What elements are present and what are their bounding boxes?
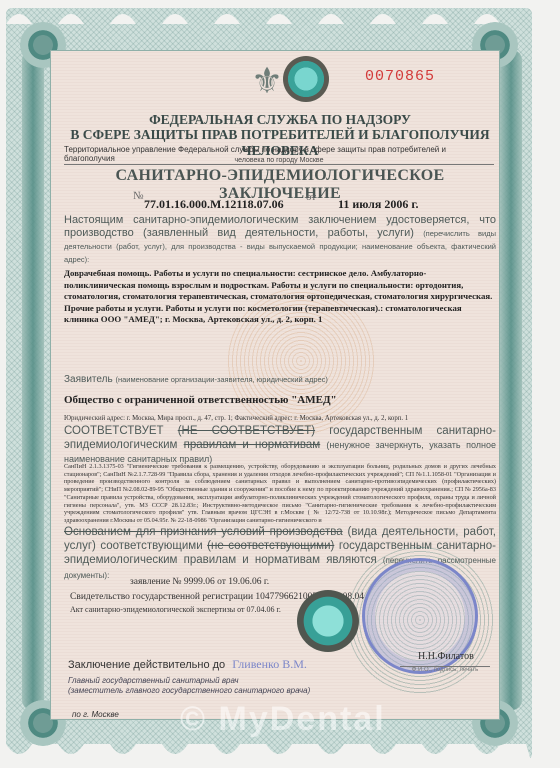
validity-label: Заключение действительно до [68, 659, 225, 671]
conformity-word: СООТВЕТСТВУЕТ [64, 425, 164, 437]
city-label: по г. Москве [72, 710, 119, 719]
agency-name-line-1: ФЕДЕРАЛЬНАЯ СЛУЖБА ПО НАДЗОРУ [60, 112, 500, 128]
activity-description: Доврачебная помощь. Работы и услуги по с… [64, 268, 496, 326]
applicant-name: Общество с ограниченной ответственностью… [64, 394, 337, 406]
hologram-sticker-icon [297, 590, 359, 652]
left-border-band [22, 50, 44, 710]
list-item: заявление № 9999.06 от 19.06.06 г. [130, 577, 364, 587]
doctor-title: Главный государственный санитарный врач … [68, 676, 310, 696]
struck-text: правилам и нормативам [184, 439, 321, 451]
number-label: № [133, 190, 144, 202]
hologram-icon [283, 56, 329, 102]
from-label: от [306, 191, 316, 203]
doctor-title-line-2: (заместитель главного государственного с… [68, 686, 310, 696]
intro-paragraph: Настоящим санитарно-эпидемиологическим з… [64, 214, 496, 266]
signer-name: Н.Н.Филатов [418, 651, 474, 662]
serial-number: 0070865 [365, 68, 435, 85]
sanitary-rules-list: СанПиН 2.1.3.1375-03 "Гигиенические треб… [64, 463, 496, 525]
applicant-label-text: Заявитель [64, 374, 113, 385]
struck-text: (НЕ СООТВЕТСТВУЕТ) [178, 425, 315, 437]
document-number: 77.01.16.000.М.12118.07.06 [144, 197, 284, 212]
validity-line: Заключение действительно до Гливенко В.М… [68, 657, 307, 672]
top-wave-ornament [6, 4, 532, 24]
signer-caption: Ф.И.О., подпись, печать [400, 666, 490, 673]
applicant-hint: (наименование организации-заявителя, юри… [115, 375, 327, 384]
right-border-band [500, 50, 522, 710]
applicant-address: Юридический адрес: г. Москва, Мира просп… [64, 415, 496, 422]
watermark: © MyDental [180, 700, 386, 739]
coat-of-arms-icon: ⚜ [248, 58, 286, 104]
validity-stamp-name: Гливенко В.М. [232, 657, 307, 671]
struck-text: Основанием для признания условий произво… [64, 526, 343, 538]
struck-text: (не соответствующими) [207, 540, 334, 552]
bottom-wave-ornament [6, 744, 532, 764]
territory-office-city: человека по городу Москве [64, 157, 494, 164]
applicant-label: Заявитель (наименование организации-заяв… [64, 374, 328, 385]
doctor-title-line-1: Главный государственный санитарный врач [68, 676, 310, 686]
conformity-statement: СООТВЕТСТВУЕТ (НЕ СООТВЕТСТВУЕТ) государ… [64, 424, 496, 466]
document-date: 11 июля 2006 г. [338, 197, 418, 212]
